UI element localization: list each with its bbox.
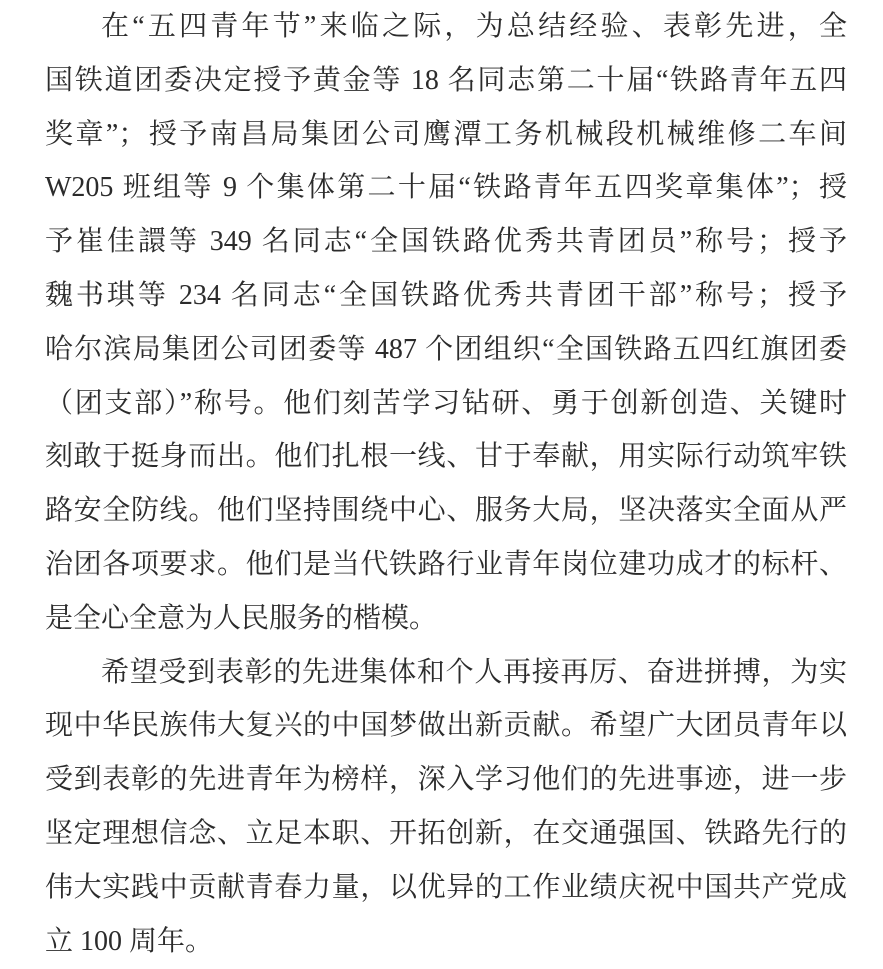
text-line: 刻敢于挺身而出。他们扎根一线、甘于奉献，用实际行动筑牢铁 <box>45 430 847 484</box>
text-line: 受到表彰的先进青年为榜样，深入学习他们的先进事迹，进一步 <box>45 753 847 807</box>
document-page: 在“五四青年节”来临之际，为总结经验、表彰先进，全国铁道团委决定授予黄金等 18… <box>0 0 883 969</box>
awards-paragraph: 在“五四青年节”来临之际，为总结经验、表彰先进，全国铁道团委决定授予黄金等 18… <box>45 0 847 646</box>
text-line: W205 班组等 9 个集体第二十届“铁路青年五四奖章集体”；授 <box>45 161 847 215</box>
text-line: 予崔佳譞等 349 名同志“全国铁路优秀共青团员”称号；授予 <box>45 215 847 269</box>
text-line: 魏书琪等 234 名同志“全国铁路优秀共青团干部”称号；授予 <box>45 269 847 323</box>
text-line: 奖章”；授予南昌局集团公司鹰潭工务机械段机械维修二车间 <box>45 108 847 162</box>
text-line: 哈尔滨局集团公司团委等 487 个团组织“全国铁路五四红旗团委 <box>45 323 847 377</box>
text-line: 在“五四青年节”来临之际，为总结经验、表彰先进，全 <box>45 0 847 54</box>
text-line: 立 100 周年。 <box>45 915 847 969</box>
text-line: 国铁道团委决定授予黄金等 18 名同志第二十届“铁路青年五四 <box>45 54 847 108</box>
text-line: 治团各项要求。他们是当代铁路行业青年岗位建功成才的标杆、 <box>45 538 847 592</box>
hope-paragraph: 希望受到表彰的先进集体和个人再接再厉、奋进拼搏，为实现中华民族伟大复兴的中国梦做… <box>45 646 847 969</box>
text-line: 路安全防线。他们坚持围绕中心、服务大局，坚决落实全面从严 <box>45 484 847 538</box>
document-body: 在“五四青年节”来临之际，为总结经验、表彰先进，全国铁道团委决定授予黄金等 18… <box>0 0 883 969</box>
text-line: 希望受到表彰的先进集体和个人再接再厉、奋进拼搏，为实 <box>45 646 847 700</box>
text-line: （团支部）”称号。他们刻苦学习钻研、勇于创新创造、关键时 <box>45 377 847 431</box>
text-line: 坚定理想信念、立足本职、开拓创新，在交通强国、铁路先行的 <box>45 807 847 861</box>
text-line: 是全心全意为人民服务的楷模。 <box>45 592 847 646</box>
text-line: 现中华民族伟大复兴的中国梦做出新贡献。希望广大团员青年以 <box>45 699 847 753</box>
text-line: 伟大实践中贡献青春力量，以优异的工作业绩庆祝中国共产党成 <box>45 861 847 915</box>
